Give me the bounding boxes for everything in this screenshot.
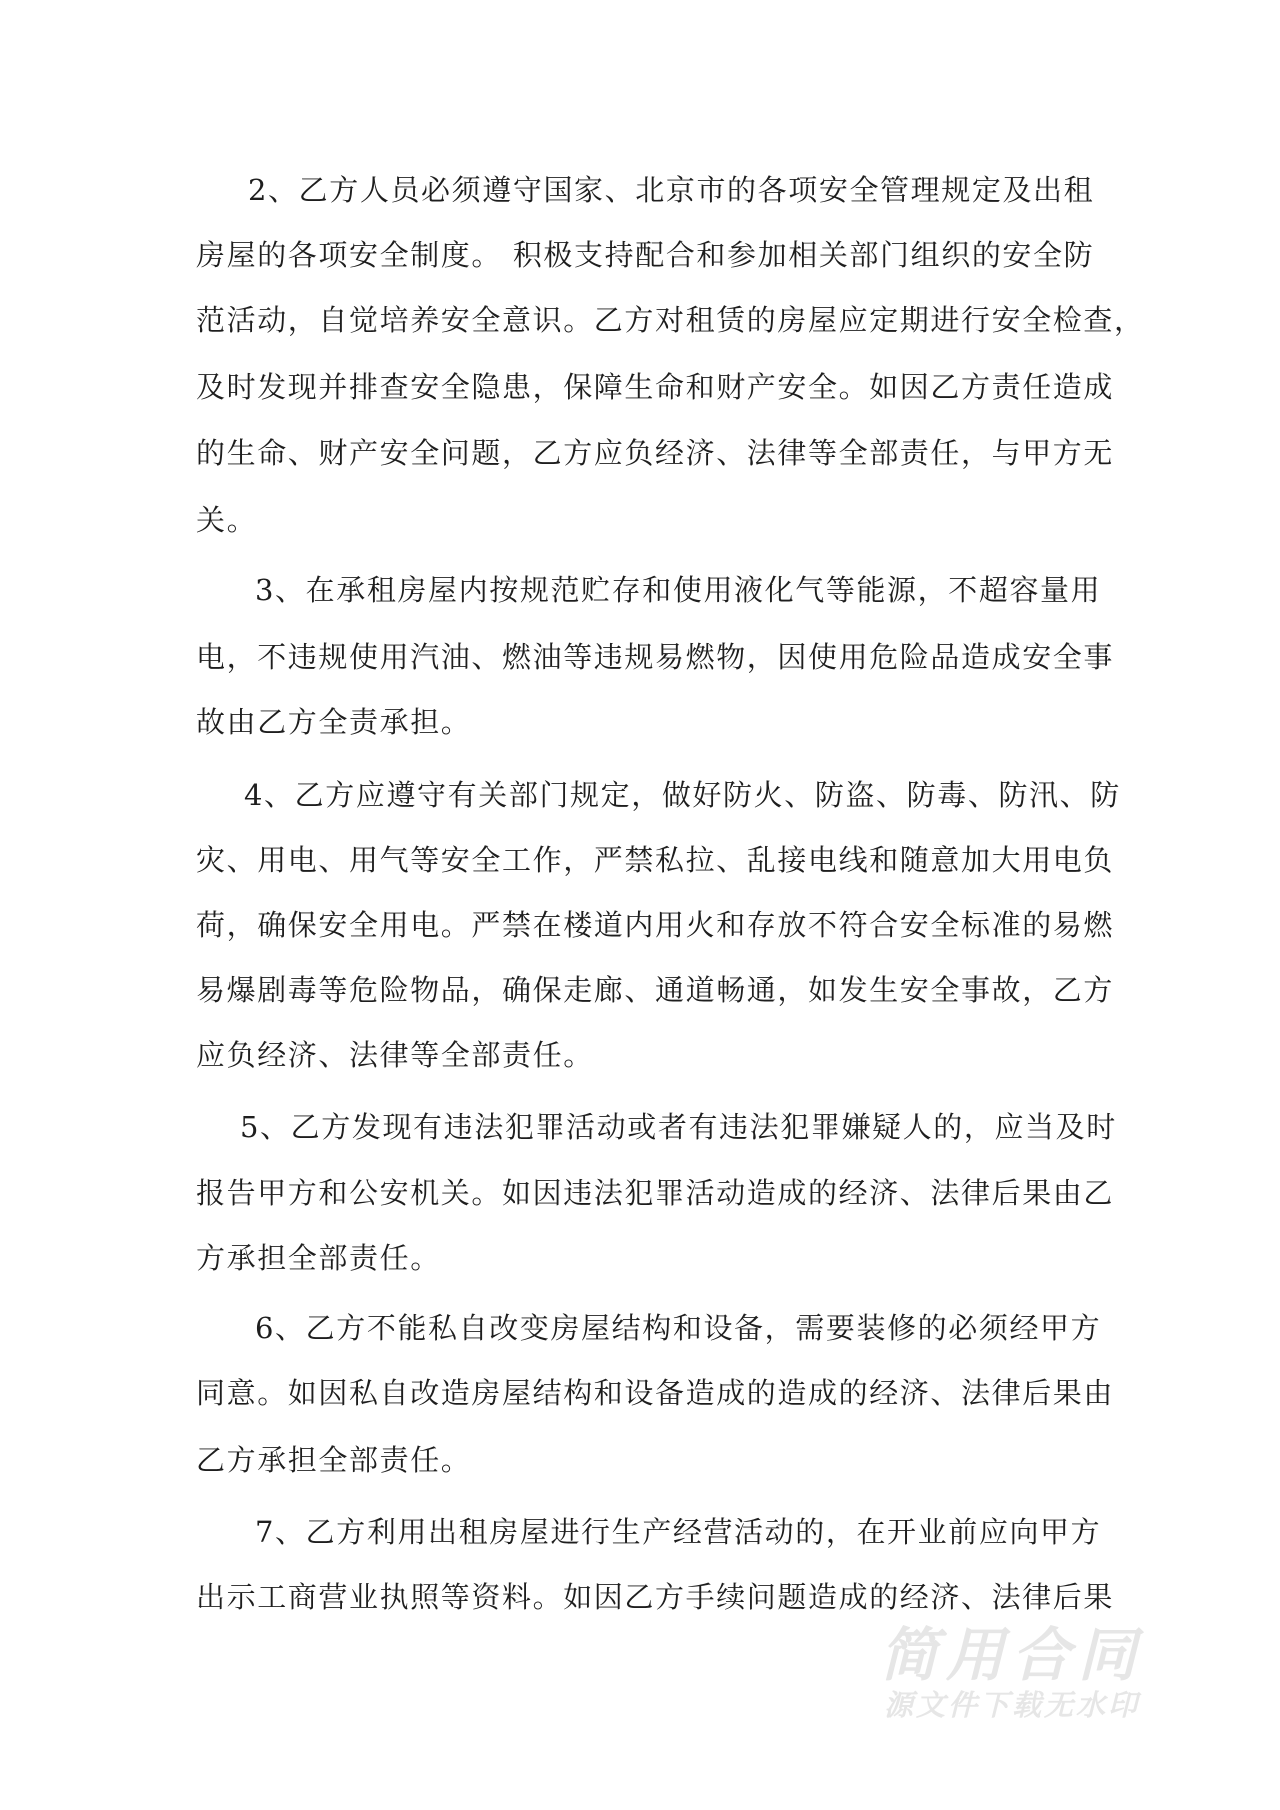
paragraph-line: 应负经济、法律等全部责任。 xyxy=(196,1035,1096,1075)
watermark-subtitle: 源文件下载无水印 xyxy=(884,1683,1140,1724)
watermark-title: 简用合同 xyxy=(880,1608,1144,1692)
paragraph-line: 2、乙方人员必须遵守国家、北京市的各项安全管理规定及出租 xyxy=(248,170,1148,210)
paragraph-line: 方承担全部责任。 xyxy=(196,1238,1096,1278)
paragraph-line: 关。 xyxy=(196,500,1096,540)
paragraph-line: 故由乙方全责承担。 xyxy=(196,702,1096,742)
document-page: 2、乙方人员必须遵守国家、北京市的各项安全管理规定及出租 房屋的各项安全制度。 … xyxy=(0,0,1280,1810)
paragraph-line: 6、乙方不能私自改变房屋结构和设备，需要装修的必须经甲方 xyxy=(255,1308,1155,1348)
paragraph-line: 乙方承担全部责任。 xyxy=(196,1440,1096,1480)
paragraph-line: 同意。如因私自改造房屋结构和设备造成的造成的经济、法律后果由 xyxy=(196,1373,1096,1413)
paragraph-line: 7、乙方利用出租房屋进行生产经营活动的，在开业前应向甲方 xyxy=(255,1512,1155,1552)
paragraph-line: 易爆剧毒等危险物品，确保走廊、通道畅通，如发生安全事故，乙方 xyxy=(196,970,1096,1010)
paragraph-line: 4、乙方应遵守有关部门规定，做好防火、防盗、防毒、防汛、防 xyxy=(244,775,1144,815)
paragraph-line: 房屋的各项安全制度。 积极支持配合和参加相关部门组织的安全防 xyxy=(196,235,1096,275)
paragraph-line: 3、在承租房屋内按规范贮存和使用液化气等能源，不超容量用 xyxy=(255,570,1155,610)
paragraph-line: 及时发现并排查安全隐患，保障生命和财产安全。如因乙方责任造成 xyxy=(196,367,1096,407)
paragraph-line: 电，不违规使用汽油、燃油等违规易燃物，因使用危险品造成安全事 xyxy=(196,637,1096,677)
paragraph-line: 报告甲方和公安机关。如因违法犯罪活动造成的经济、法律后果由乙 xyxy=(196,1173,1096,1213)
paragraph-line: 的生命、财产安全问题，乙方应负经济、法律等全部责任，与甲方无 xyxy=(196,433,1096,473)
paragraph-line: 5、乙方发现有违法犯罪活动或者有违法犯罪嫌疑人的，应当及时 xyxy=(240,1107,1140,1147)
paragraph-line: 范活动，自觉培养安全意识。乙方对租赁的房屋应定期进行安全检查， xyxy=(196,300,1096,340)
paragraph-line: 灾、用电、用气等安全工作，严禁私拉、乱接电线和随意加大用电负 xyxy=(196,840,1096,880)
paragraph-line: 荷，确保安全用电。严禁在楼道内用火和存放不符合安全标准的易燃 xyxy=(196,905,1096,945)
